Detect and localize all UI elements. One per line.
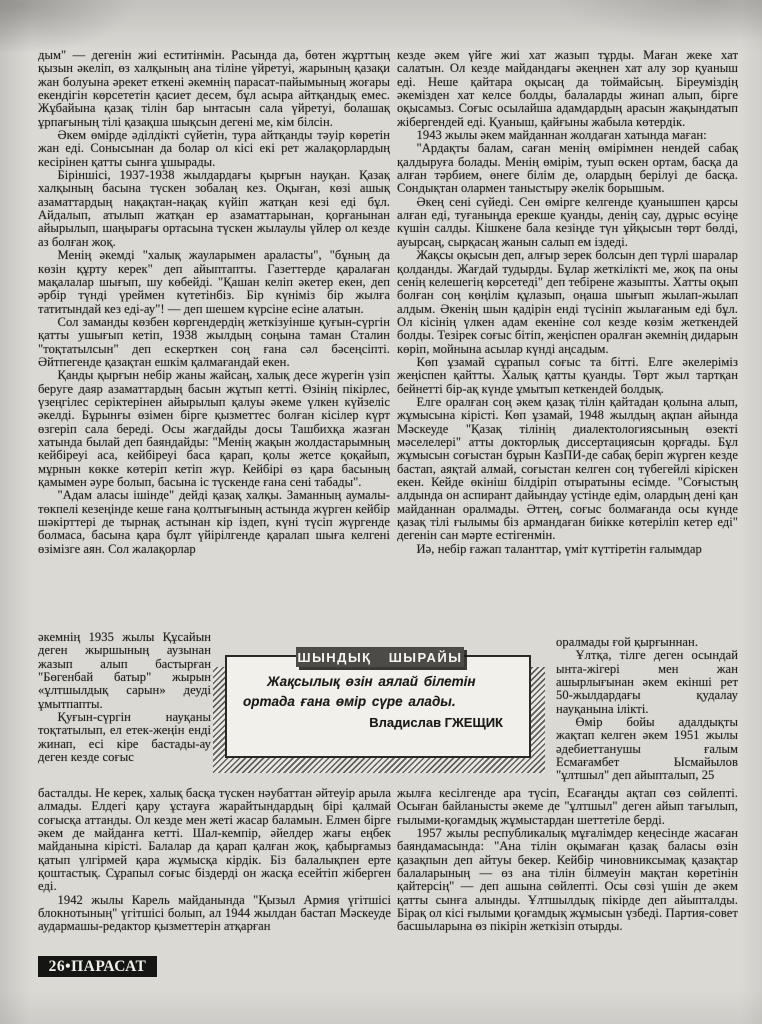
page-footer-badge: 26•ПАРАСАТ: [38, 956, 157, 977]
article-paragraph: 1943 жылы әкем майданнан жолдаған хатынд…: [397, 129, 738, 142]
article-paragraph: оралмады ғой қырғыннан.: [556, 636, 738, 649]
article-paragraph: Әкең сені сүйеді. Сен өмірге келгенде қу…: [397, 196, 738, 249]
article-paragraph: Сол заманды көзбен көргендердің жеткізуі…: [38, 316, 390, 369]
article-paragraph: Жақсы оқысын деп, алғыр зерек болсын деп…: [397, 249, 738, 356]
article-paragraph: әкемнің 1935 жылы Құсайын деген жыршының…: [38, 631, 211, 711]
article-paragraph: кезде әкем үйге жиі хат жазып тұрды. Мағ…: [397, 49, 738, 129]
quote-attribution: Владислав ГЖЕЩИК: [227, 715, 503, 730]
quote-box-header: ШЫНДЫҚ ШЫРАЙЫ: [296, 647, 464, 667]
article-paragraph: 1957 жылы республикалық мұғалімдер кеңес…: [397, 827, 738, 934]
article-paragraph: Менің әкемді "халық жауларымен араласты"…: [38, 249, 390, 316]
left-column-narrow: әкемнің 1935 жылы Құсайын деген жыршының…: [38, 631, 211, 783]
article-paragraph: Біріншісі, 1937-1938 жылдардағы қырғын н…: [38, 169, 390, 249]
article-paragraph: Иә, небір ғажап таланттар, үміт күттірет…: [397, 543, 738, 556]
left-column-top: дым" — дегенін жиі еститінмін. Расында д…: [38, 49, 390, 630]
right-column-bottom: жылға кесілгенде ара түсіп, Есағаңды ақт…: [397, 787, 738, 953]
article-paragraph: 1942 жылы Карель майданында "Қызыл Армия…: [38, 894, 391, 934]
article-paragraph: "Адам аласы ішінде" дейді қазақ халқы. З…: [38, 489, 390, 556]
quote-box: Жақсылық өзін аялай білетін ортада ғана …: [225, 655, 531, 758]
article-paragraph: дым" — дегенін жиі еститінмін. Расында д…: [38, 49, 390, 129]
article-paragraph: жылға кесілгенде ара түсіп, Есағаңды ақт…: [397, 787, 738, 827]
left-column-bottom: басталды. Не керек, халық басқа түскен н…: [38, 787, 391, 953]
scanned-magazine-page: { "page": { "footer_label": "26•ПАРАСАТ"…: [0, 0, 762, 1024]
article-paragraph: Қанды қырғын небір жаны жайсаң, халық де…: [38, 369, 390, 489]
article-paragraph: Елге оралған соң әкем қазақ тілін қайтад…: [397, 396, 738, 543]
right-column-narrow: оралмады ғой қырғыннан. Ұлтқа, тілге дег…: [556, 636, 738, 786]
article-paragraph: Қуғын-сүргін науқаны тоқтатылып, ел етек…: [38, 711, 211, 764]
quote-text: Жақсылық өзін аялай білетін ортада ғана …: [243, 672, 515, 712]
article-paragraph: Көп ұзамай сұрапыл соғыс та бітті. Елге …: [397, 356, 738, 396]
article-paragraph: Ұлтқа, тілге деген осындай ынта-жігері м…: [556, 649, 738, 716]
article-paragraph: "Ардақты балам, саған менің өмірімнен не…: [397, 142, 738, 195]
article-paragraph: Өмір бойы адалдықты жақтап келген әкем 1…: [556, 716, 738, 783]
right-column-top: кезде әкем үйге жиі хат жазып тұрды. Мағ…: [397, 49, 738, 633]
article-paragraph: Әкем өмірде әділдікті сүйетін, тура айтқ…: [38, 129, 390, 169]
article-paragraph: басталды. Не керек, халық басқа түскен н…: [38, 787, 391, 894]
